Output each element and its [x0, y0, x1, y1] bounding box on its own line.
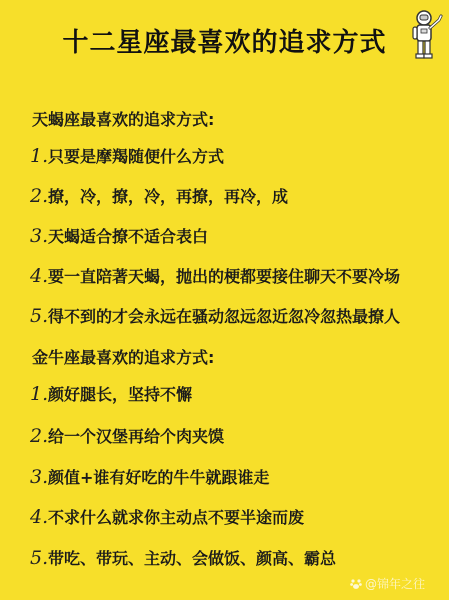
section-heading-scorpio: 天蝎座最喜欢的追求方式:: [32, 107, 214, 130]
item-text: 要一直陪著天蝎，抛出的梗都要接住聊天不要冷场: [48, 264, 400, 287]
item-number: 5.: [30, 305, 48, 327]
list-item: 4.要一直陪著天蝎，抛出的梗都要接住聊天不要冷场: [30, 264, 400, 287]
list-item: 4.不求什么就求你主动点不要半途而废: [30, 505, 304, 528]
list-item: 1.颜好腿长，坚持不懈: [30, 382, 192, 405]
item-number: 1.: [30, 145, 48, 167]
page-title: 十二星座最喜欢的追求方式: [0, 22, 449, 59]
item-text: 得不到的才会永远在骚动忽远忽近忽冷忽热最撩人: [48, 304, 400, 327]
item-text: 颜值+谁有好吃的牛牛就跟谁走: [48, 465, 269, 488]
section-heading-taurus: 金牛座最喜欢的追求方式:: [32, 345, 214, 368]
item-number: 2.: [30, 425, 48, 447]
item-text: 不求什么就求你主动点不要半途而废: [48, 505, 304, 528]
item-text: 只要是摩羯随便什么方式: [48, 144, 224, 167]
item-number: 4.: [30, 265, 48, 287]
list-item: 1.只要是摩羯随便什么方式: [30, 144, 224, 167]
item-number: 1.: [30, 383, 48, 405]
paw-icon: [350, 578, 362, 590]
item-text: 天蝎适合撩不适合表白: [48, 224, 208, 247]
list-item: 5.带吃、带玩、主动、会做饭、颜高、霸总: [30, 546, 336, 569]
list-item: 3.颜值+谁有好吃的牛牛就跟谁走: [30, 465, 269, 488]
list-item: 5.得不到的才会永远在骚动忽远忽近忽冷忽热最撩人: [30, 304, 400, 327]
item-text: 撩，冷，撩，冷，再撩，再冷，成: [48, 184, 288, 207]
item-number: 3.: [30, 466, 48, 488]
item-text: 给一个汉堡再给个肉夹馍: [48, 424, 224, 447]
list-item: 3.天蝎适合撩不适合表白: [30, 224, 208, 247]
watermark: @锦年之往: [350, 575, 425, 592]
item-text: 带吃、带玩、主动、会做饭、颜高、霸总: [48, 546, 336, 569]
astronaut-icon: [412, 8, 446, 60]
item-number: 3.: [30, 225, 48, 247]
watermark-text: @锦年之往: [365, 575, 425, 592]
item-text: 颜好腿长，坚持不懈: [48, 382, 192, 405]
list-item: 2.撩，冷，撩，冷，再撩，再冷，成: [30, 184, 288, 207]
item-number: 2.: [30, 185, 48, 207]
item-number: 5.: [30, 547, 48, 569]
list-item: 2.给一个汉堡再给个肉夹馍: [30, 424, 224, 447]
item-number: 4.: [30, 506, 48, 528]
